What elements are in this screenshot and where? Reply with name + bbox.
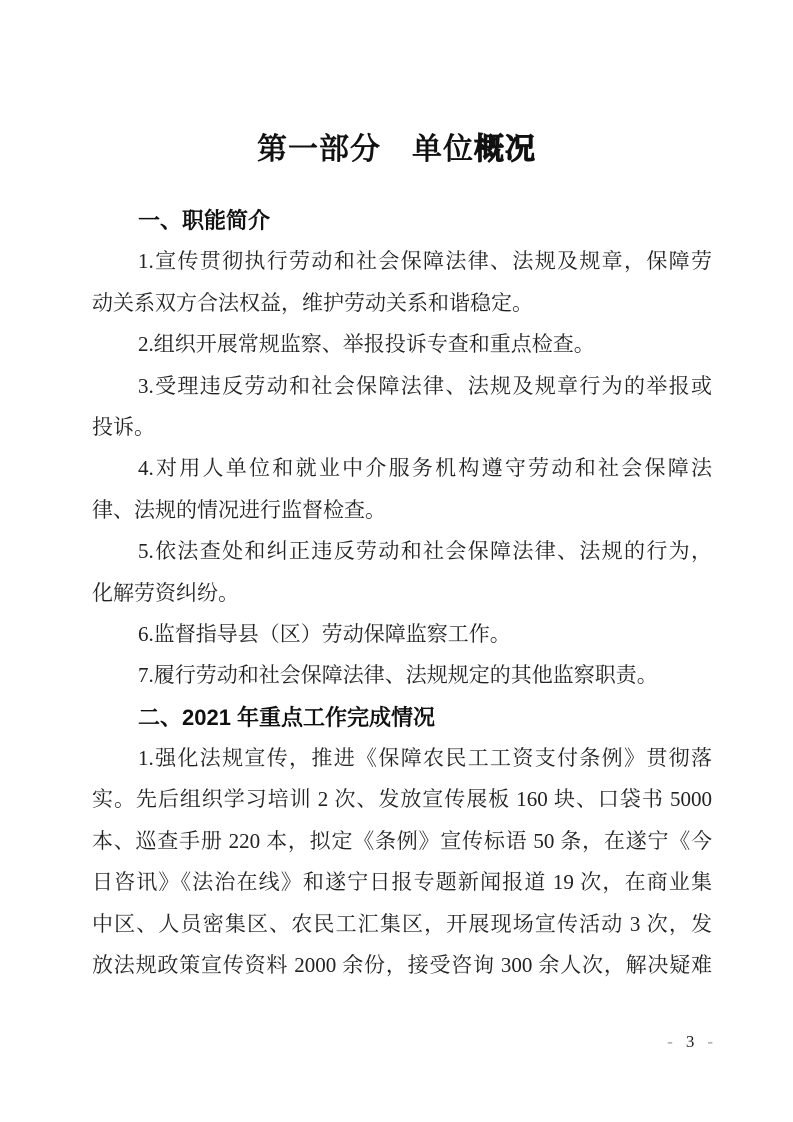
document-title-regular: 第一部分 单位 — [257, 133, 474, 166]
text-line: 投诉。 — [92, 407, 712, 448]
section-heading: 二、2021 年重点工作完成情况 — [92, 697, 712, 738]
text-line: 4.对用人单位和就业中介服务机构遵守劳动和社会保障法 — [92, 448, 712, 489]
text-line: 实。先后组织学习培训 2 次、发放宣传展板 160 块、口袋书 5000 — [92, 779, 712, 820]
document-title: 第一部分 单位概况 — [0, 131, 793, 169]
page-footer: -3- — [667, 1031, 713, 1053]
text-line: 5.依法查处和纠正违反劳动和社会保障法律、法规的行为， — [92, 531, 712, 572]
footer-page-number: 3 — [686, 1032, 695, 1051]
footer-dash-left: - — [667, 1032, 673, 1051]
text-line: 1.强化法规宣传，推进《保障农民工工资支付条例》贯彻落 — [92, 738, 712, 779]
text-line: 7.履行劳动和社会保障法律、法规规定的其他监察职责。 — [92, 655, 712, 696]
document-page: 第一部分 单位概况 一、职能简介1.宣传贯彻执行劳动和社会保障法律、法规及规章，… — [0, 0, 793, 1122]
document-body: 一、职能简介1.宣传贯彻执行劳动和社会保障法律、法规及规章，保障劳动关系双方合法… — [92, 200, 712, 986]
text-line: 3.受理违反劳动和社会保障法律、法规及规章行为的举报或 — [92, 366, 712, 407]
footer-dash-right: - — [707, 1032, 713, 1051]
text-line: 1.宣传贯彻执行劳动和社会保障法律、法规及规章，保障劳 — [92, 241, 712, 282]
text-line: 日咨讯》《法治在线》和遂宁日报专题新闻报道 19 次，在商业集 — [92, 862, 712, 903]
text-line: 动关系双方合法权益，维护劳动关系和谐稳定。 — [92, 283, 712, 324]
text-line: 放法规政策宣传资料 2000 余份，接受咨询 300 余人次，解决疑难 — [92, 945, 712, 986]
text-line: 化解劳资纠纷。 — [92, 573, 712, 614]
document-title-bold: 概况 — [474, 133, 536, 166]
text-line: 本、巡查手册 220 本，拟定《条例》宣传标语 50 条，在遂宁《今 — [92, 821, 712, 862]
text-line: 2.组织开展常规监察、举报投诉专查和重点检查。 — [92, 324, 712, 365]
text-line: 律、法规的情况进行监督检查。 — [92, 490, 712, 531]
text-line: 6.监督指导县（区）劳动保障监察工作。 — [92, 614, 712, 655]
section-heading: 一、职能简介 — [92, 200, 712, 241]
text-line: 中区、人员密集区、农民工汇集区，开展现场宣传活动 3 次，发 — [92, 904, 712, 945]
